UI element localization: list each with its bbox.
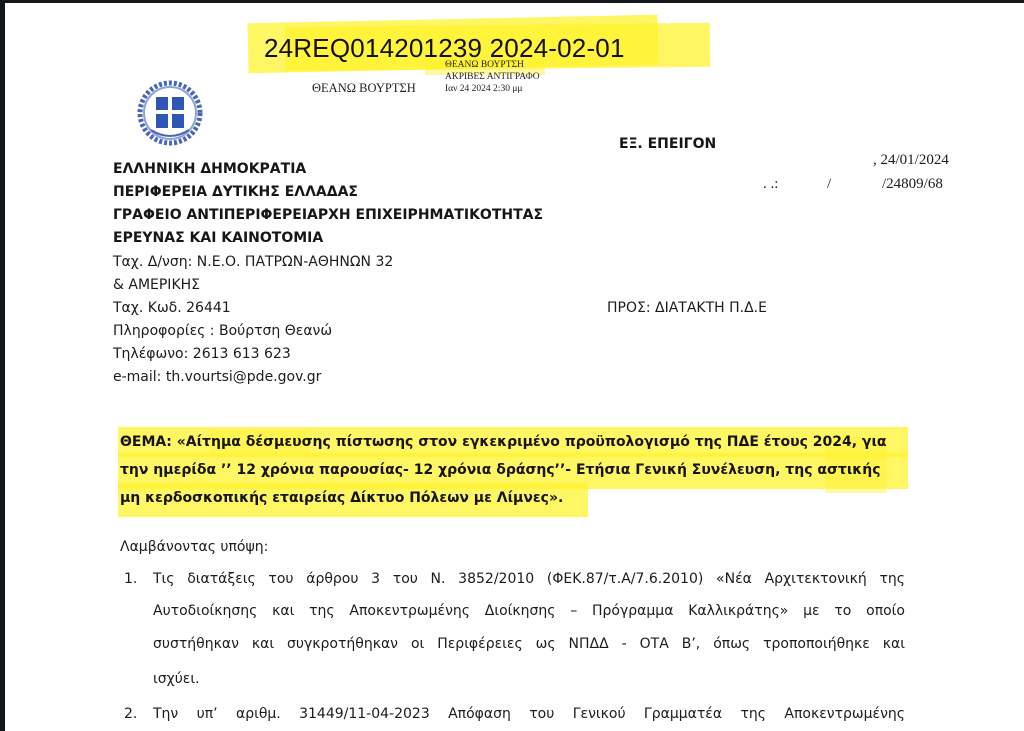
- greek-coat-of-arms-icon: [137, 80, 203, 146]
- sender-line-4: ΕΡΕΥΝΑΣ ΚΑΙ ΚΑΙΝΟΤΟΜΙΑ: [113, 230, 323, 246]
- sender-line-1: ΕΛΛΗΝΙΚΗ ΔΗΜΟΚΡΑΤΙΑ: [113, 161, 306, 177]
- sender-postal-code: Ταχ. Κωδ. 26441: [113, 300, 231, 316]
- document-page: 24REQ014201239 2024-02-01 ΘΕΑΝΩ ΒΟΥΡΤΣΗ …: [5, 3, 1024, 731]
- item-1-number: 1.: [124, 571, 137, 587]
- urgency-label: ΕΞ. ΕΠΕΙΓΟΝ: [619, 136, 716, 152]
- subject-line-2: την ημερίδα ’’ 12 χρόνια παρουσίας- 12 χ…: [120, 462, 881, 478]
- subject-line-3: μη κερδοσκοπικής εταιρείας Δίκτυο Πόλεων…: [120, 490, 563, 506]
- document-viewer: 24REQ014201239 2024-02-01 ΘΕΑΝΩ ΒΟΥΡΤΣΗ …: [0, 0, 1024, 731]
- signature-certification: ΑΚΡΙΒΕΣ ΑΝΤΙΓΡΑΦΟ: [445, 72, 540, 82]
- item-2-number: 2.: [124, 706, 137, 722]
- reference-slash: /: [827, 176, 831, 193]
- recipient: ΠΡΟΣ: ΔΙΑΤΑΚΤΗ Π.Δ.Ε: [607, 300, 767, 316]
- sender-address-2: & ΑΜΕΡΙΚΗΣ: [113, 277, 200, 293]
- item-1-line-3: συστήθηκαν και συγκροτήθηκαν οι Περιφέρε…: [153, 636, 905, 652]
- signature-timestamp: Ιαν 24 2024 2:30 μμ: [445, 84, 523, 94]
- sender-email-row: e-mail: th.vourtsi@pde.gov.gr: [113, 369, 321, 385]
- considering-intro: Λαμβάνοντας υπόψη:: [120, 539, 268, 555]
- signature-certifier-name: ΘΕΑΝΩ ΒΟΥΡΤΣΗ: [445, 60, 524, 70]
- sender-line-2: ΠΕΡΙΦΕΡΕΙΑ ΔΥΤΙΚΗΣ ΕΛΛΑΔΑΣ: [113, 184, 358, 200]
- reference-prefix: . .:: [763, 176, 778, 193]
- item-1-line-2: Αυτοδιοίκησης και της Αποκεντρωμένης Διο…: [153, 603, 905, 619]
- reference-number: /24809/68: [882, 176, 943, 193]
- sender-info: Πληροφορίες : Βούρτση Θεανώ: [113, 323, 332, 339]
- subject-line-1: ΘΕΜΑ: «Αίτημα δέσμευσης πίστωσης στον εγ…: [120, 434, 887, 450]
- item-1-line-4: ισχύει.: [153, 671, 200, 687]
- item-2-line-1: Την υπ’ αριθμ. 31449/11-04-2023 Απόφαση …: [153, 706, 905, 722]
- sender-email-link[interactable]: th.vourtsi@pde.gov.gr: [166, 369, 322, 385]
- sender-line-3: ΓΡΑΦΕΙΟ ΑΝΤΙΠΕΡΙΦΕΡΕΙΑΡΧΗ ΕΠΙΧΕΙΡΗΜΑΤΙΚΟ…: [113, 207, 543, 223]
- sender-address-1: Ταχ. Δ/νση: Ν.Ε.Ο. ΠΑΤΡΩΝ-ΑΘΗΝΩΝ 32: [113, 254, 393, 270]
- item-1-line-1: Τις διατάξεις του άρθρου 3 του Ν. 3852/2…: [153, 571, 905, 587]
- signature-name: ΘΕΑΝΩ ΒΟΥΡΤΣΗ: [312, 81, 416, 96]
- sender-phone: Τηλέφωνο: 2613 613 623: [113, 346, 291, 362]
- sender-email-label: e-mail:: [113, 369, 166, 385]
- document-date: , 24/01/2024: [873, 152, 949, 169]
